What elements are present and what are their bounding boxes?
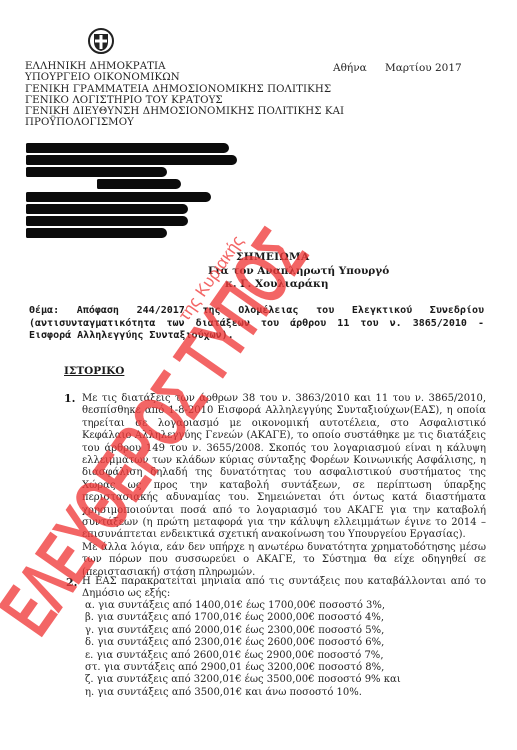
redaction-bar (26, 192, 211, 202)
redaction-bar (26, 167, 167, 177)
date: Μαρτίου 2017 (385, 62, 462, 74)
document-page: ΕΛΛΗΝΙΚΗ ΔΗΜΟΚΡΑΤΙΑ ΥΠΟΥΡΓΕΙΟ ΟΙΚΟΝΟΜΙΚΩ… (0, 0, 517, 750)
section-title: ΙΣΤΟΡΙΚΟ (64, 365, 124, 377)
redaction-bar (26, 228, 167, 238)
item-1-paragraph: Με τις διατάξεις των άρθρων 38 του ν. 38… (82, 393, 486, 540)
memo-title: ΣΗΜΕΙΩΜΑ (236, 251, 309, 263)
item-number: 2. (66, 576, 77, 589)
letterhead-line: ΓΕΝΙΚΟ ΛΟΓΙΣΤΗΡΙΟ ΤΟΥ ΚΡΑΤΟΥΣ (25, 95, 344, 106)
redaction-bar (26, 204, 188, 214)
tier-row: ε. για συντάξεις από 2600,01€ έως 2900,0… (85, 650, 401, 662)
place: Αθήνα (333, 62, 367, 74)
letterhead-line: ΥΠΟΥΡΓΕΙΟ ΟΙΚΟΝΟΜΙΚΩΝ (25, 72, 344, 83)
item-1-paragraph-2: Με άλλα λόγια, εάν δεν υπήρχε η ανωτέρω … (82, 542, 486, 578)
item-number: 1. (64, 392, 75, 405)
letterhead-line: ΓΕΝΙΚΗ ΓΡΑΜΜΑΤΕΙΑ ΔΗΜΟΣΙΟΝΟΜΙΚΗΣ ΠΟΛΙΤΙΚ… (25, 84, 344, 95)
letterhead-line: ΓΕΝΙΚΗ ΔΙΕΥΘΥΝΣΗ ΔΗΜΟΣΙΟΝΟΜΙΚΗΣ ΠΟΛΙΤΙΚΗ… (25, 106, 344, 117)
letterhead: ΕΛΛΗΝΙΚΗ ΔΗΜΟΚΡΑΤΙΑ ΥΠΟΥΡΓΕΙΟ ΟΙΚΟΝΟΜΙΚΩ… (25, 61, 344, 129)
redaction-bar (97, 179, 181, 189)
letterhead-line: ΠΡΟΫΠΟΛΟΓΙΣΜΟΥ (25, 117, 344, 128)
tier-row: ζ. για συντάξεις από 3200,01€ έως 3500,0… (85, 674, 401, 686)
redaction-bar (26, 216, 188, 226)
memo-recipient: Για τον Αναπληρωτή Υπουργό (208, 265, 389, 277)
tier-row: η. για συντάξεις από 3500,01€ και άνω πο… (85, 687, 401, 699)
tier-row: α. για συντάξεις από 1400,01€ έως 1700,0… (85, 600, 401, 612)
item-2-text: Η ΕΑΣ παρακρατείται μηνιαία από τις συντ… (82, 576, 486, 601)
item-1-text: Με τις διατάξεις των άρθρων 38 του ν. 38… (82, 393, 486, 579)
redaction-bar (26, 143, 229, 153)
subject: Θέμα: Απόφαση 244/2017 της Ολομέλειας το… (29, 305, 484, 343)
redaction-bar (26, 155, 237, 165)
tier-row: δ. για συντάξεις από 2300,01€ έως 2600,0… (85, 637, 401, 649)
greek-coat-of-arms-icon (88, 28, 114, 54)
letterhead-line: ΕΛΛΗΝΙΚΗ ΔΗΜΟΚΡΑΤΙΑ (25, 61, 344, 72)
contribution-tiers: α. για συντάξεις από 1400,01€ έως 1700,0… (85, 600, 401, 699)
tier-row: στ. για συντάξεις από 2900,01 έως 3200,0… (85, 662, 401, 674)
memo-recipient-name: κ. Γ. Χουλιαράκη (225, 278, 328, 290)
tier-row: γ. για συντάξεις από 2000,01€ έως 2300,0… (85, 625, 401, 637)
tier-row: β. για συντάξεις από 1700,01€ έως 2000,0… (85, 612, 401, 624)
